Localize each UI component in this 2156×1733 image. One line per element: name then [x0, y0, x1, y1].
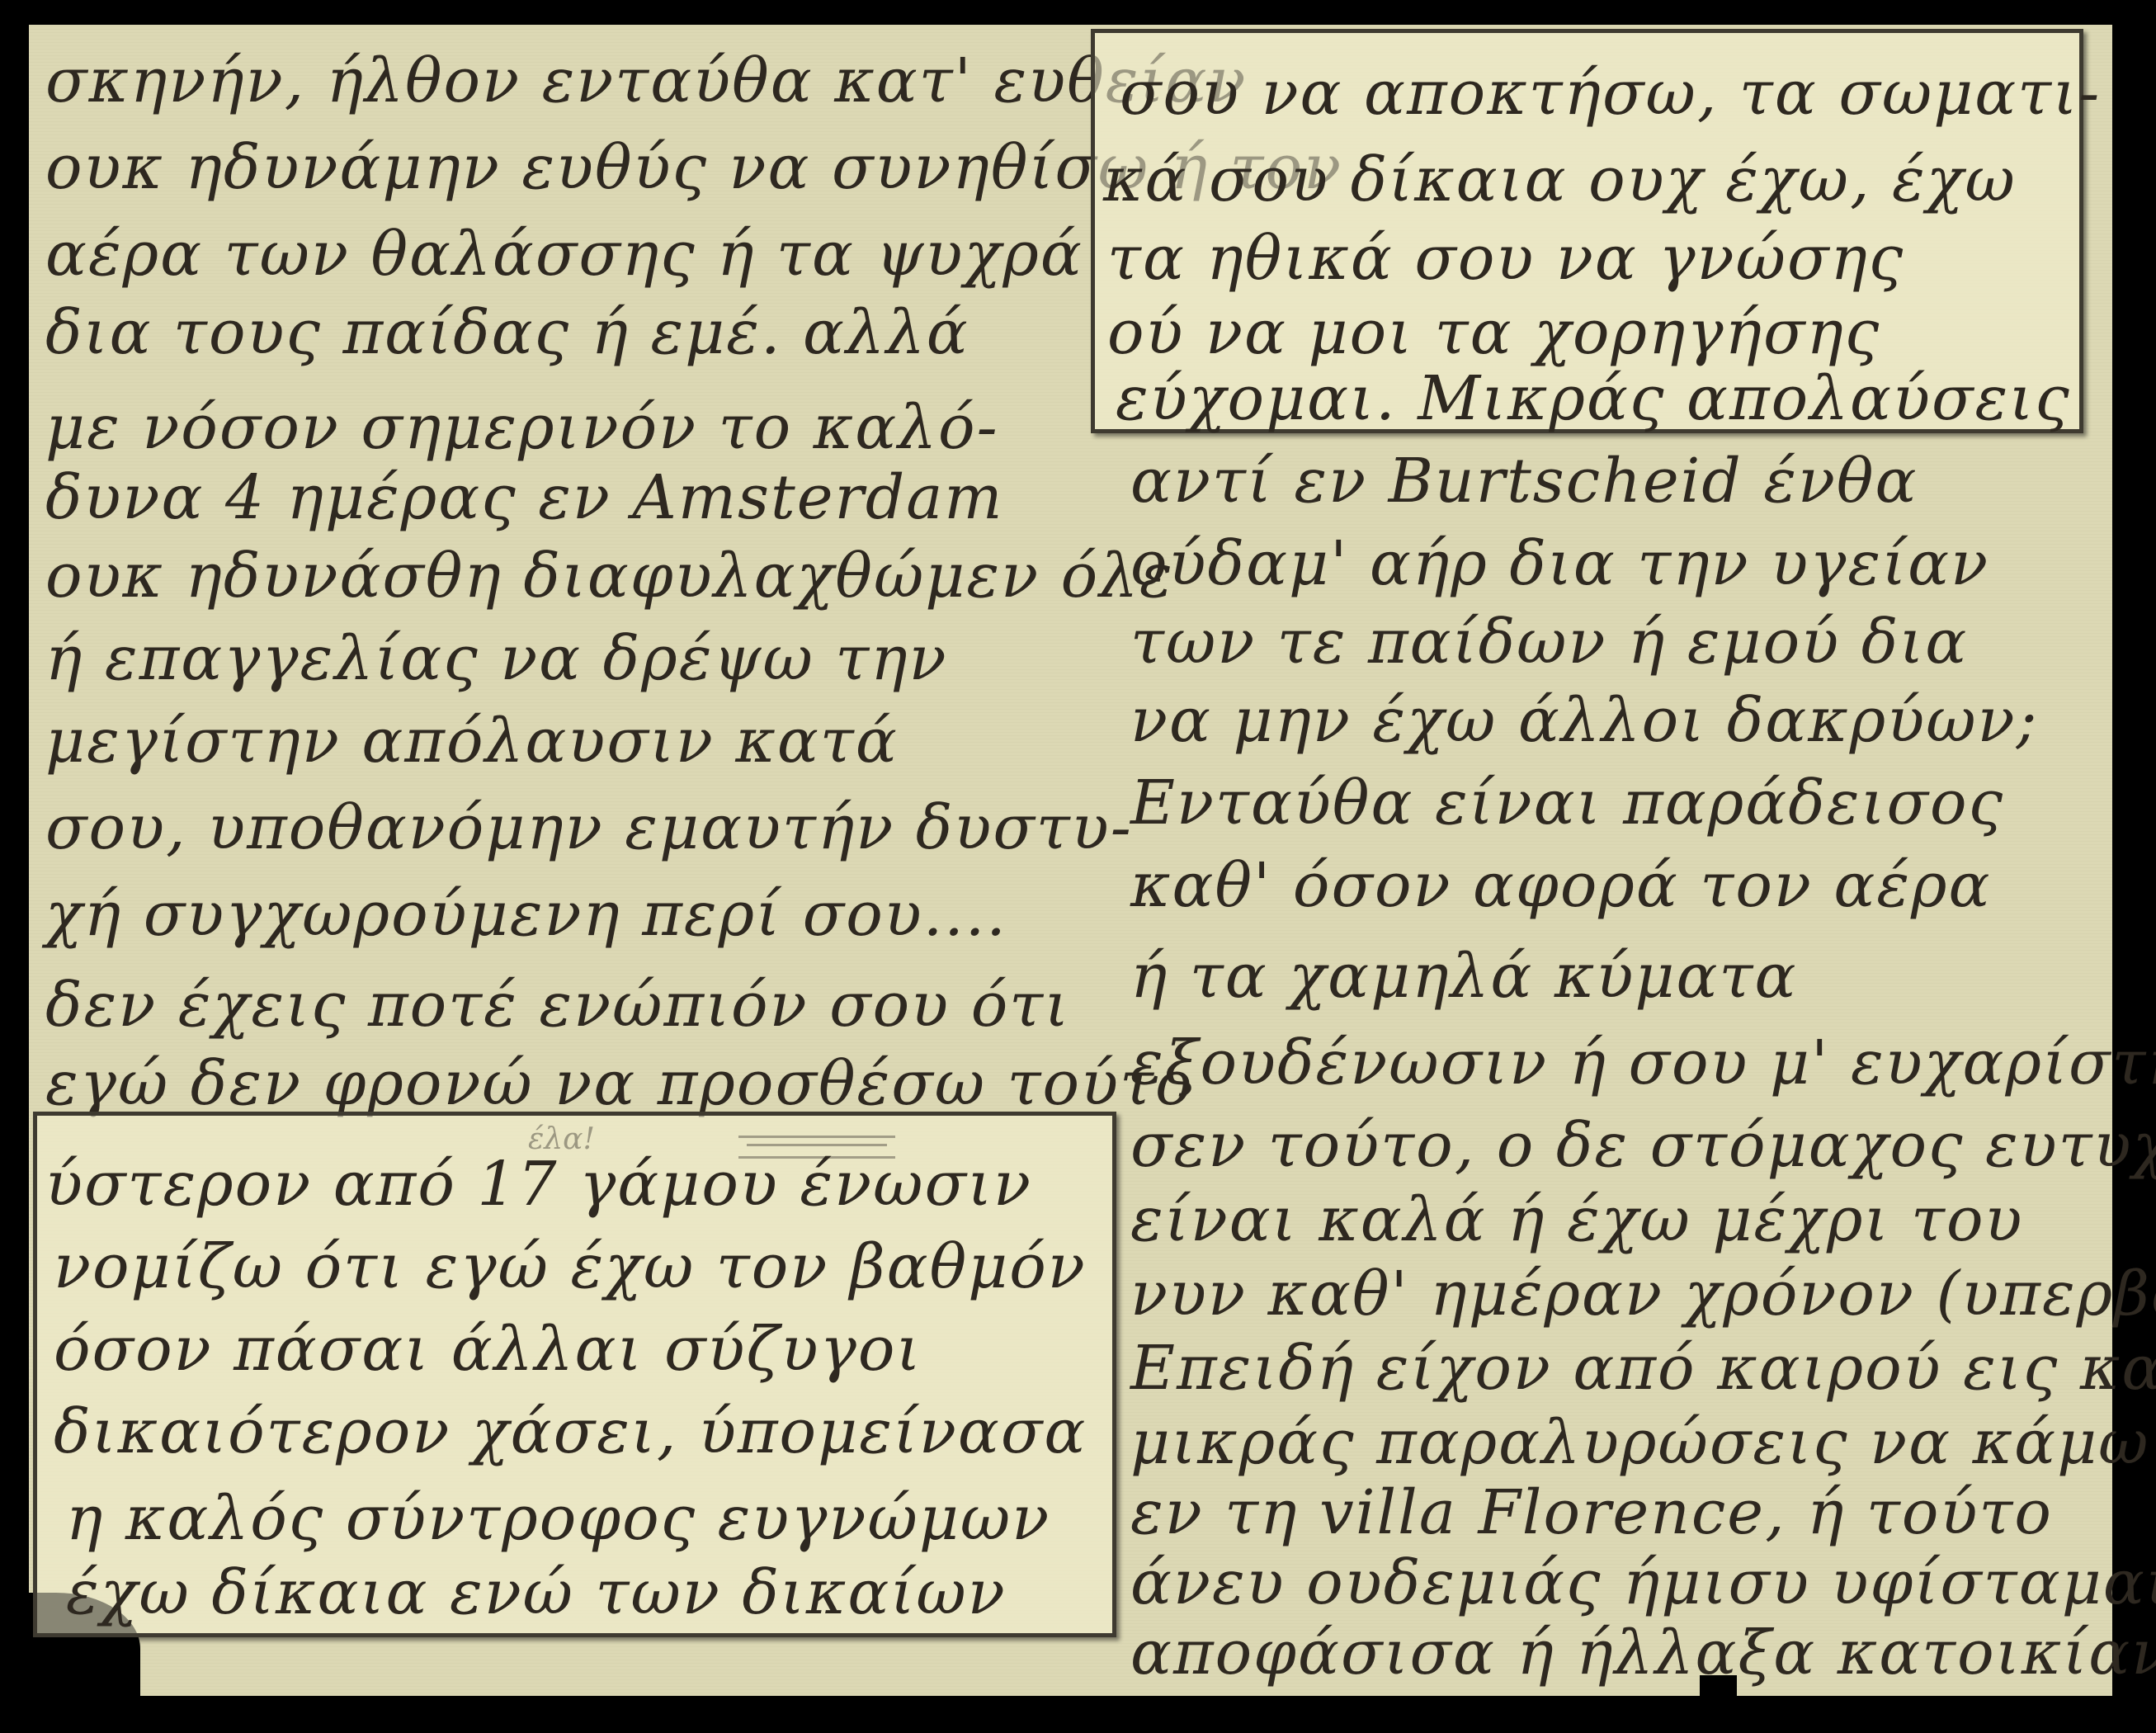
text-line: κά σου δίκαια ουχ έχω, έχω — [1103, 144, 2017, 215]
text-line: όσον πάσαι άλλαι σύζυγοι — [54, 1314, 922, 1385]
text-line: Ενταύθα είναι παράδεισος — [1130, 767, 2004, 838]
text-line: σεν τούτο, ο δε στόμαχος ευτυχής — [1130, 1110, 2156, 1181]
text-line: εγώ δεν φρονώ να προσθέσω τούτο — [45, 1048, 1194, 1119]
text-line: αέρα των θαλάσσης ή τα ψυχρά — [45, 219, 1083, 290]
highlight-box-top-right: σου να αποκτήσω, τα σωματι- κά σου δίκαι… — [1091, 29, 2083, 433]
text-line: δια τους παίδας ή εμέ. αλλά — [45, 297, 969, 368]
text-line: ουκ ηδυνάσθη διαφυλαχθώμεν όλε — [45, 541, 1174, 612]
text-line: δικαιότερον χάσει, ύπομείνασα — [54, 1396, 1087, 1467]
text-line: αποφάσισα ή ήλλαξα κατοικίαν — [1130, 1617, 2156, 1688]
text-line: ύστερον από 17 γάμου ένωσιν — [45, 1149, 1032, 1220]
text-line: εν τη villa Florence, ή τούτο — [1130, 1477, 2053, 1548]
text-line: ή επαγγελίας να δρέψω την — [45, 623, 948, 694]
text-line: ούδαμ' αήρ δια την υγείαν — [1130, 528, 1989, 599]
text-line: των τε παίδων ή εμού δια — [1130, 607, 1968, 678]
text-line: δυνα 4 ημέρας εν Amsterdam — [45, 462, 1004, 533]
text-line: η καλός σύντροφος ευγνώμων — [66, 1483, 1050, 1554]
text-line: σου, υποθανόμην εμαυτήν δυστυ- — [45, 792, 1133, 863]
text-line: έχω δίκαια ενώ των δικαίων — [66, 1557, 1007, 1628]
text-line: καθ' όσον αφορά τον αέρα — [1130, 850, 1992, 921]
text-line: με νόσον σημερινόν το καλό- — [45, 392, 999, 463]
text-line: δεν έχεις ποτέ ενώπιόν σου ότι — [45, 970, 1070, 1041]
text-line: εξουδένωσιν ή σου μ' ευχαρίστη- — [1130, 1027, 2156, 1098]
text-line: άνευ ουδεμιάς ήμισυ υφίσταμαι — [1130, 1547, 2156, 1618]
highlight-box-bottom-left: ύστερον από 17 γάμου ένωσιν νομίζω ότι ε… — [33, 1112, 1116, 1637]
text-line: Επειδή είχον από καιρού εις καιρόν — [1130, 1333, 2156, 1404]
text-line: τα ηθικά σου να γνώσης — [1107, 223, 1904, 294]
text-line: νυν καθ' ημέραν χρόνον (υπερβάσει) — [1130, 1258, 2156, 1329]
text-line: σκηνήν, ήλθον ενταύθα κατ' ευθείαν — [45, 45, 1247, 116]
torn-bottom-edge — [132, 1696, 2156, 1733]
text-line: είναι καλά ή έχω μέχρι του — [1130, 1184, 2024, 1255]
text-line: σου να αποκτήσω, τα σωματι- — [1120, 58, 2101, 129]
text-line: εύχομαι. Μικράς απολαύσεις — [1116, 363, 2071, 434]
text-line: νομίζω ότι εγώ έχω τον βαθμόν — [54, 1231, 1087, 1302]
text-line: ή τα χαμηλά κύματα — [1130, 941, 1797, 1012]
text-line: μικράς παραλυρώσεις να κάμω — [1130, 1407, 2150, 1478]
text-line: χή συγχωρούμενη περί σου.... — [45, 879, 1007, 950]
text-line: αντί εν Burtscheid ένθα — [1130, 446, 1918, 517]
text-line: μεγίστην απόλαυσιν κατά — [45, 706, 899, 777]
text-line: να μην έχω άλλοι δακρύων; — [1130, 685, 2039, 756]
text-line: ού να μοι τα χορηγήσης — [1107, 297, 1880, 368]
